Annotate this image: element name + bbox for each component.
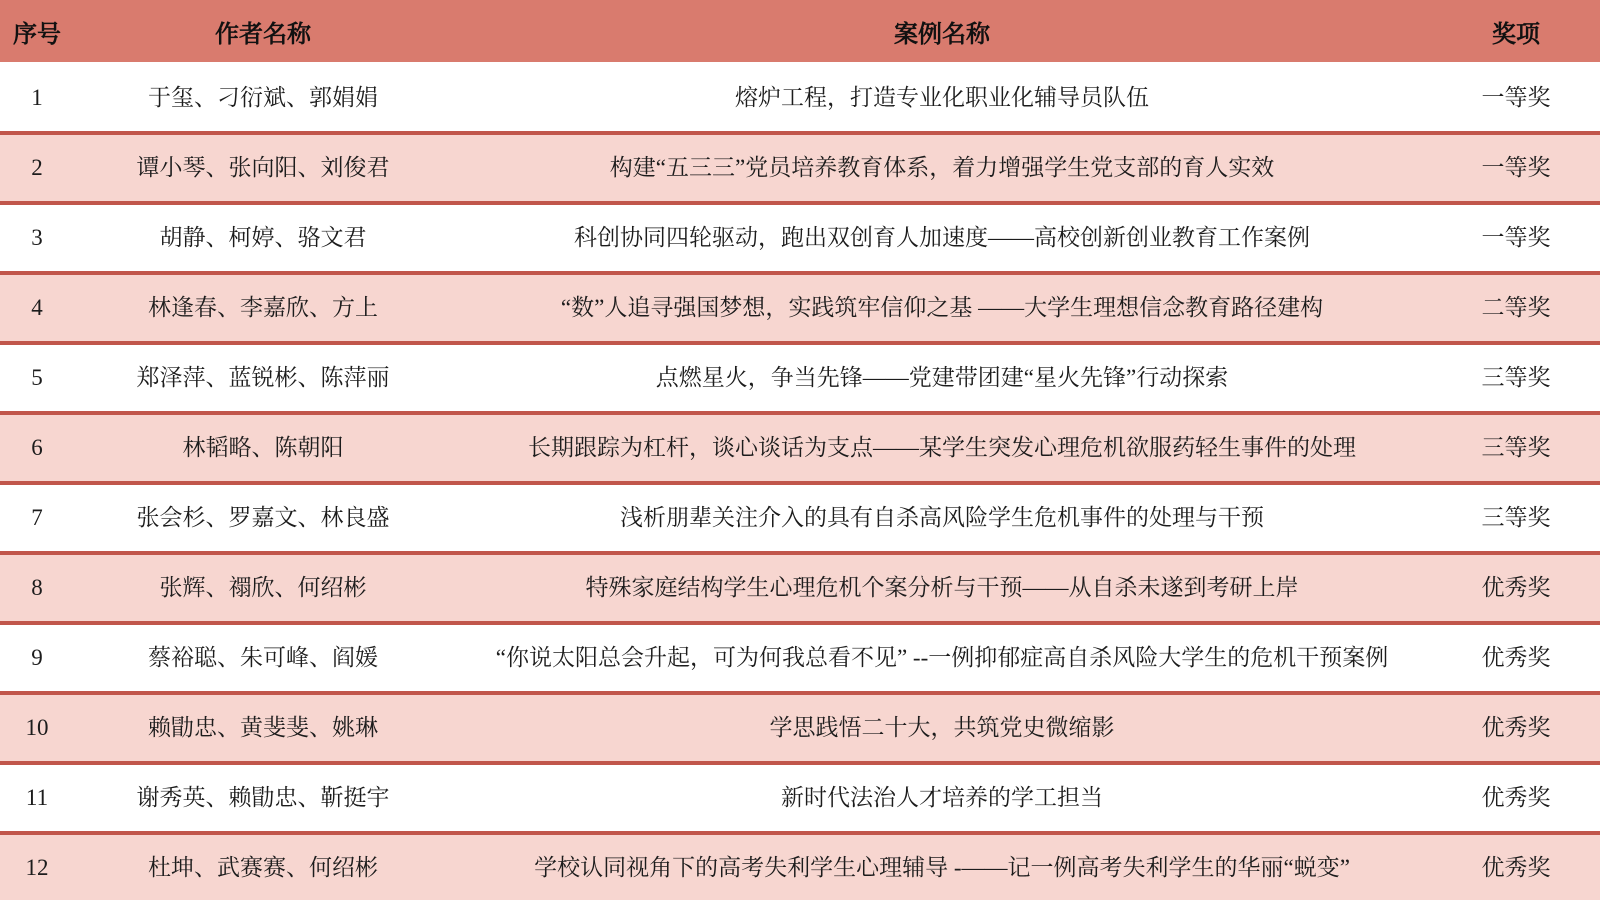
table-row: 5 郑泽萍、蓝锐彬、陈萍丽 点燃星火，争当先锋——党建带团建“星火先锋”行动探索… xyxy=(0,343,1600,413)
table-row: 1 于玺、刁衍斌、郭娟娟 熔炉工程，打造专业化职业化辅导员队伍 一等奖 xyxy=(0,64,1600,134)
award-cell: 一等奖 xyxy=(1432,64,1600,134)
case-name-cell: 学思践悟二十大，共筑党史微缩影 xyxy=(452,693,1432,763)
case-name-cell: 点燃星火，争当先锋——党建带团建“星火先锋”行动探索 xyxy=(452,343,1432,413)
case-name-cell: 新时代法治人才培养的学工担当 xyxy=(452,763,1432,833)
case-name-cell: 构建“五三三”党员培养教育体系，着力增强学生党支部的育人实效 xyxy=(452,133,1432,203)
table-row: 11 谢秀英、赖勖忠、靳挺宇 新时代法治人才培养的学工担当 优秀奖 xyxy=(0,763,1600,833)
col-header-seq: 序号 xyxy=(0,0,74,64)
award-cell: 优秀奖 xyxy=(1432,623,1600,693)
seq-cell: 8 xyxy=(0,553,74,623)
table-row: 9 蔡裕聪、朱可峰、阎媛 “你说太阳总会升起，可为何我总看不见” --一例抑郁症… xyxy=(0,623,1600,693)
awards-table: 序号 作者名称 案例名称 奖项 1 于玺、刁衍斌、郭娟娟 熔炉工程，打造专业化职… xyxy=(0,0,1600,900)
award-cell: 三等奖 xyxy=(1432,343,1600,413)
authors-cell: 张辉、禤欣、何绍彬 xyxy=(74,553,452,623)
seq-cell: 10 xyxy=(0,693,74,763)
seq-cell: 11 xyxy=(0,763,74,833)
award-cell: 一等奖 xyxy=(1432,203,1600,273)
case-name-cell: “你说太阳总会升起，可为何我总看不见” --一例抑郁症高自杀风险大学生的危机干预… xyxy=(452,623,1432,693)
table-row: 2 谭小琴、张向阳、刘俊君 构建“五三三”党员培养教育体系，着力增强学生党支部的… xyxy=(0,133,1600,203)
case-name-cell: 特殊家庭结构学生心理危机个案分析与干预——从自杀未遂到考研上岸 xyxy=(452,553,1432,623)
case-name-cell: 长期跟踪为杠杆，谈心谈话为支点——某学生突发心理危机欲服药轻生事件的处理 xyxy=(452,413,1432,483)
header-row: 序号 作者名称 案例名称 奖项 xyxy=(0,0,1600,64)
award-cell: 优秀奖 xyxy=(1432,833,1600,900)
seq-cell: 9 xyxy=(0,623,74,693)
table-row: 4 林逢春、李嘉欣、方上 “数”人追寻强国梦想，实践筑牢信仰之基 ——大学生理想… xyxy=(0,273,1600,343)
authors-cell: 杜坤、武赛赛、何绍彬 xyxy=(74,833,452,900)
award-cell: 二等奖 xyxy=(1432,273,1600,343)
col-header-award: 奖项 xyxy=(1432,0,1600,64)
col-header-case: 案例名称 xyxy=(452,0,1432,64)
col-header-authors: 作者名称 xyxy=(74,0,452,64)
seq-cell: 1 xyxy=(0,64,74,134)
case-name-cell: 浅析朋辈关注介入的具有自杀高风险学生危机事件的处理与干预 xyxy=(452,483,1432,553)
case-name-cell: 学校认同视角下的高考失利学生心理辅导 -——记一例高考失利学生的华丽“蜕变” xyxy=(452,833,1432,900)
award-cell: 三等奖 xyxy=(1432,483,1600,553)
case-name-cell: “数”人追寻强国梦想，实践筑牢信仰之基 ——大学生理想信念教育路径建构 xyxy=(452,273,1432,343)
table-row: 6 林韬略、陈朝阳 长期跟踪为杠杆，谈心谈话为支点——某学生突发心理危机欲服药轻… xyxy=(0,413,1600,483)
authors-cell: 张会杉、罗嘉文、林良盛 xyxy=(74,483,452,553)
authors-cell: 郑泽萍、蓝锐彬、陈萍丽 xyxy=(74,343,452,413)
authors-cell: 林逢春、李嘉欣、方上 xyxy=(74,273,452,343)
award-cell: 优秀奖 xyxy=(1432,693,1600,763)
seq-cell: 3 xyxy=(0,203,74,273)
award-cell: 优秀奖 xyxy=(1432,553,1600,623)
authors-cell: 蔡裕聪、朱可峰、阎媛 xyxy=(74,623,452,693)
seq-cell: 2 xyxy=(0,133,74,203)
authors-cell: 林韬略、陈朝阳 xyxy=(74,413,452,483)
table-row: 10 赖勖忠、黄斐斐、姚琳 学思践悟二十大，共筑党史微缩影 优秀奖 xyxy=(0,693,1600,763)
case-name-cell: 科创协同四轮驱动，跑出双创育人加速度——高校创新创业教育工作案例 xyxy=(452,203,1432,273)
authors-cell: 于玺、刁衍斌、郭娟娟 xyxy=(74,64,452,134)
seq-cell: 5 xyxy=(0,343,74,413)
seq-cell: 4 xyxy=(0,273,74,343)
authors-cell: 谭小琴、张向阳、刘俊君 xyxy=(74,133,452,203)
authors-cell: 谢秀英、赖勖忠、靳挺宇 xyxy=(74,763,452,833)
table-row: 12 杜坤、武赛赛、何绍彬 学校认同视角下的高考失利学生心理辅导 -——记一例高… xyxy=(0,833,1600,900)
authors-cell: 赖勖忠、黄斐斐、姚琳 xyxy=(74,693,452,763)
seq-cell: 6 xyxy=(0,413,74,483)
table-row: 8 张辉、禤欣、何绍彬 特殊家庭结构学生心理危机个案分析与干预——从自杀未遂到考… xyxy=(0,553,1600,623)
seq-cell: 7 xyxy=(0,483,74,553)
award-cell: 优秀奖 xyxy=(1432,763,1600,833)
award-cell: 三等奖 xyxy=(1432,413,1600,483)
award-cell: 一等奖 xyxy=(1432,133,1600,203)
authors-cell: 胡静、柯婷、骆文君 xyxy=(74,203,452,273)
table-row: 3 胡静、柯婷、骆文君 科创协同四轮驱动，跑出双创育人加速度——高校创新创业教育… xyxy=(0,203,1600,273)
table-row: 7 张会杉、罗嘉文、林良盛 浅析朋辈关注介入的具有自杀高风险学生危机事件的处理与… xyxy=(0,483,1600,553)
seq-cell: 12 xyxy=(0,833,74,900)
case-name-cell: 熔炉工程，打造专业化职业化辅导员队伍 xyxy=(452,64,1432,134)
